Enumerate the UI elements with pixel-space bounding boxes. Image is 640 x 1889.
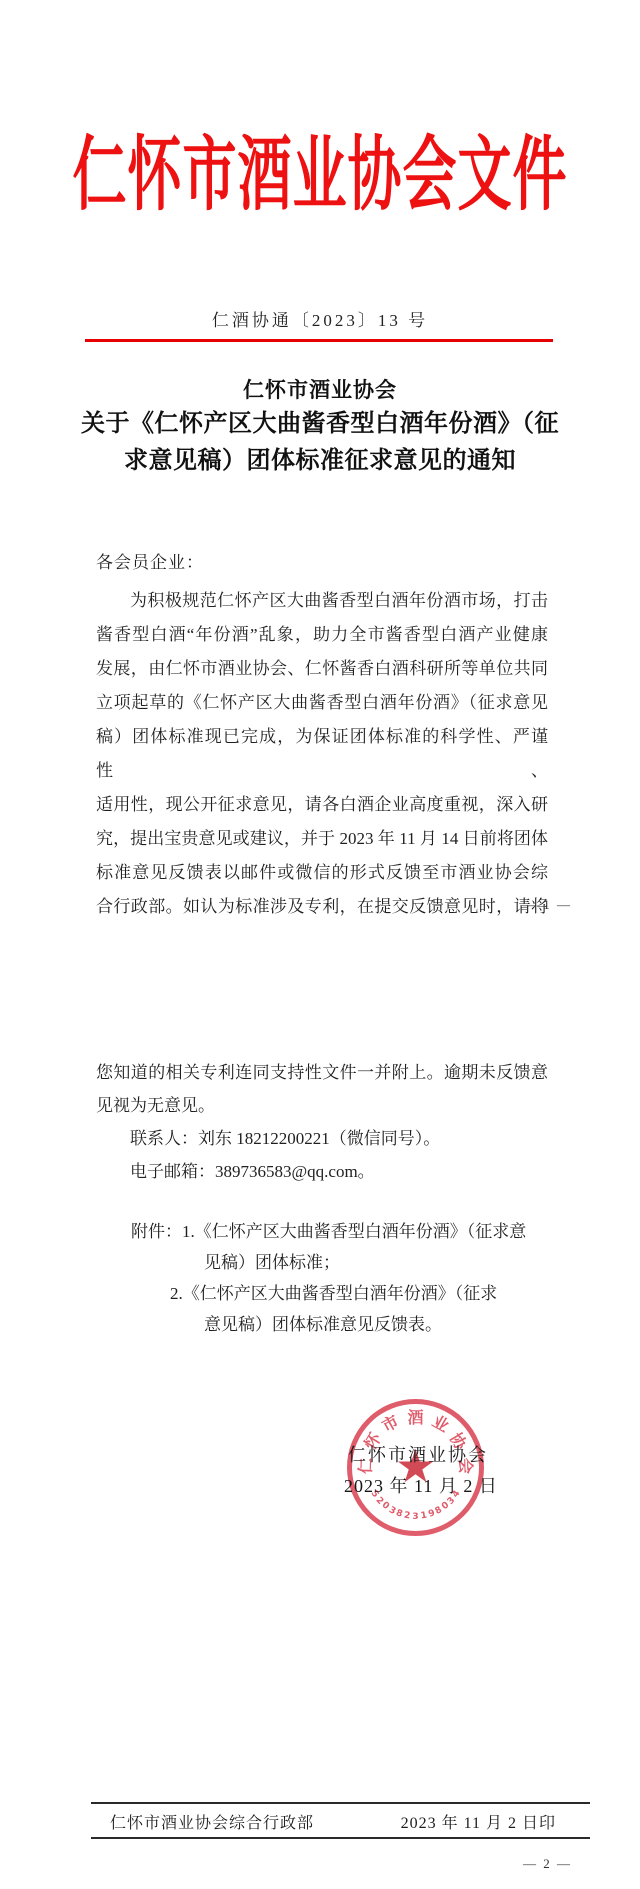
footer-print-date: 2023 年 11 月 2 日印 [401, 1810, 556, 1833]
signature-organization: 仁怀市酒业协会 [348, 1441, 488, 1467]
page2-body-paragraph: 您知道的相关专利连同支持性文件一并附上。逾期未反馈意见视为无意见。联系人：刘东 … [96, 1056, 548, 1188]
body-text-line: 为积极规范仁怀产区大曲酱香型白酒年份酒市场，打击 [96, 584, 548, 618]
official-seal: ★ 仁怀市酒业协会5203823198034 [347, 1399, 484, 1536]
footer-divider-top [91, 1802, 590, 1804]
body-text-line: 联系人：刘东 18212200221（微信同号）。 [96, 1122, 548, 1155]
footer-issuing-department: 仁怀市酒业协会综合行政部 [110, 1810, 314, 1833]
attachment-line: 2.《仁怀产区大曲酱香型白酒年份酒》（征求 [96, 1278, 548, 1309]
body-text-line: 酱香型白酒“年份酒”乱象，助力全市酱香型白酒产业健康 [96, 618, 548, 652]
salutation: 各会员企业： [96, 548, 548, 573]
body-text-line: 究，提出宝贵意见或建议，并于 2023 年 11 月 14 日前将团体 [96, 822, 548, 856]
signature-date: 2023 年 11 月 2 日 [344, 1472, 498, 1498]
body-text-line: 标准意见反馈表以邮件或微信的形式反馈至市酒业协会综 [96, 856, 548, 890]
body-text-line: 适用性，现公开征求意见，请各白酒企业高度重视，深入研 [96, 788, 548, 822]
page1-body-paragraph: 为积极规范仁怀产区大曲酱香型白酒年份酒市场，打击酱香型白酒“年份酒”乱象，助力全… [96, 584, 548, 924]
seal-ring-character: 市 [380, 1413, 404, 1436]
red-divider-line [85, 339, 553, 342]
attachments-list: 附件：1.《仁怀产区大曲酱香型白酒年份酒》（征求意见稿）团体标准；2.《仁怀产区… [96, 1216, 548, 1340]
notice-title-line3: 求意见稿）团体标准征求意见的通知 [40, 443, 600, 480]
page2-number: — 2 — [523, 1856, 572, 1872]
red-letterhead: 仁怀市酒业协会文件 [0, 104, 640, 232]
body-text-line: 您知道的相关专利连同支持性文件一并附上。逾期未反馈意 [96, 1056, 548, 1089]
body-text-line: 发展，由仁怀市酒业协会、仁怀酱香白酒科研所等单位共同 [96, 652, 548, 686]
notice-title-org: 仁怀市酒业协会 [40, 374, 600, 406]
attachment-line: 意见稿）团体标准意见反馈表。 [96, 1309, 548, 1340]
body-text-line: 稿）团体标准现已完成，为保证团体标准的科学性、严谨性、 [96, 720, 548, 788]
attachment-line: 见稿）团体标准； [96, 1247, 548, 1278]
page1-number: — 1 — [523, 897, 572, 913]
letterhead-title: 仁怀市酒业协会文件 [73, 110, 568, 226]
document-page: 仁怀市酒业协会文件 仁酒协通〔2023〕13 号 仁怀市酒业协会 关于《仁怀产区… [0, 0, 640, 1889]
footer-divider-bottom [91, 1837, 590, 1839]
seal-ring-character: 酒 [407, 1411, 425, 1427]
body-text-line: 电子邮箱：389736583@qq.com。 [96, 1155, 548, 1188]
footer-row: 仁怀市酒业协会综合行政部 2023 年 11 月 2 日印 [91, 1810, 590, 1833]
notice-title-line2: 关于《仁怀产区大曲酱香型白酒年份酒》（征 [40, 406, 600, 443]
attachment-line: 附件：1.《仁怀产区大曲酱香型白酒年份酒》（征求意 [96, 1216, 548, 1247]
seal-code-digit: 3 [412, 1513, 420, 1522]
body-text-line: 立项起草的《仁怀产区大曲酱香型白酒年份酒》（征求意见 [96, 686, 548, 720]
body-text-line: 见视为无意见。 [96, 1089, 548, 1122]
notice-title: 仁怀市酒业协会 关于《仁怀产区大曲酱香型白酒年份酒》（征 求意见稿）团体标准征求… [40, 374, 600, 480]
document-number: 仁酒协通〔2023〕13 号 [0, 306, 640, 331]
seal-ring-character: 业 [428, 1413, 452, 1436]
body-text-line: 合行政部。如认为标准涉及专利，在提交反馈意见时，请将 [96, 890, 548, 924]
